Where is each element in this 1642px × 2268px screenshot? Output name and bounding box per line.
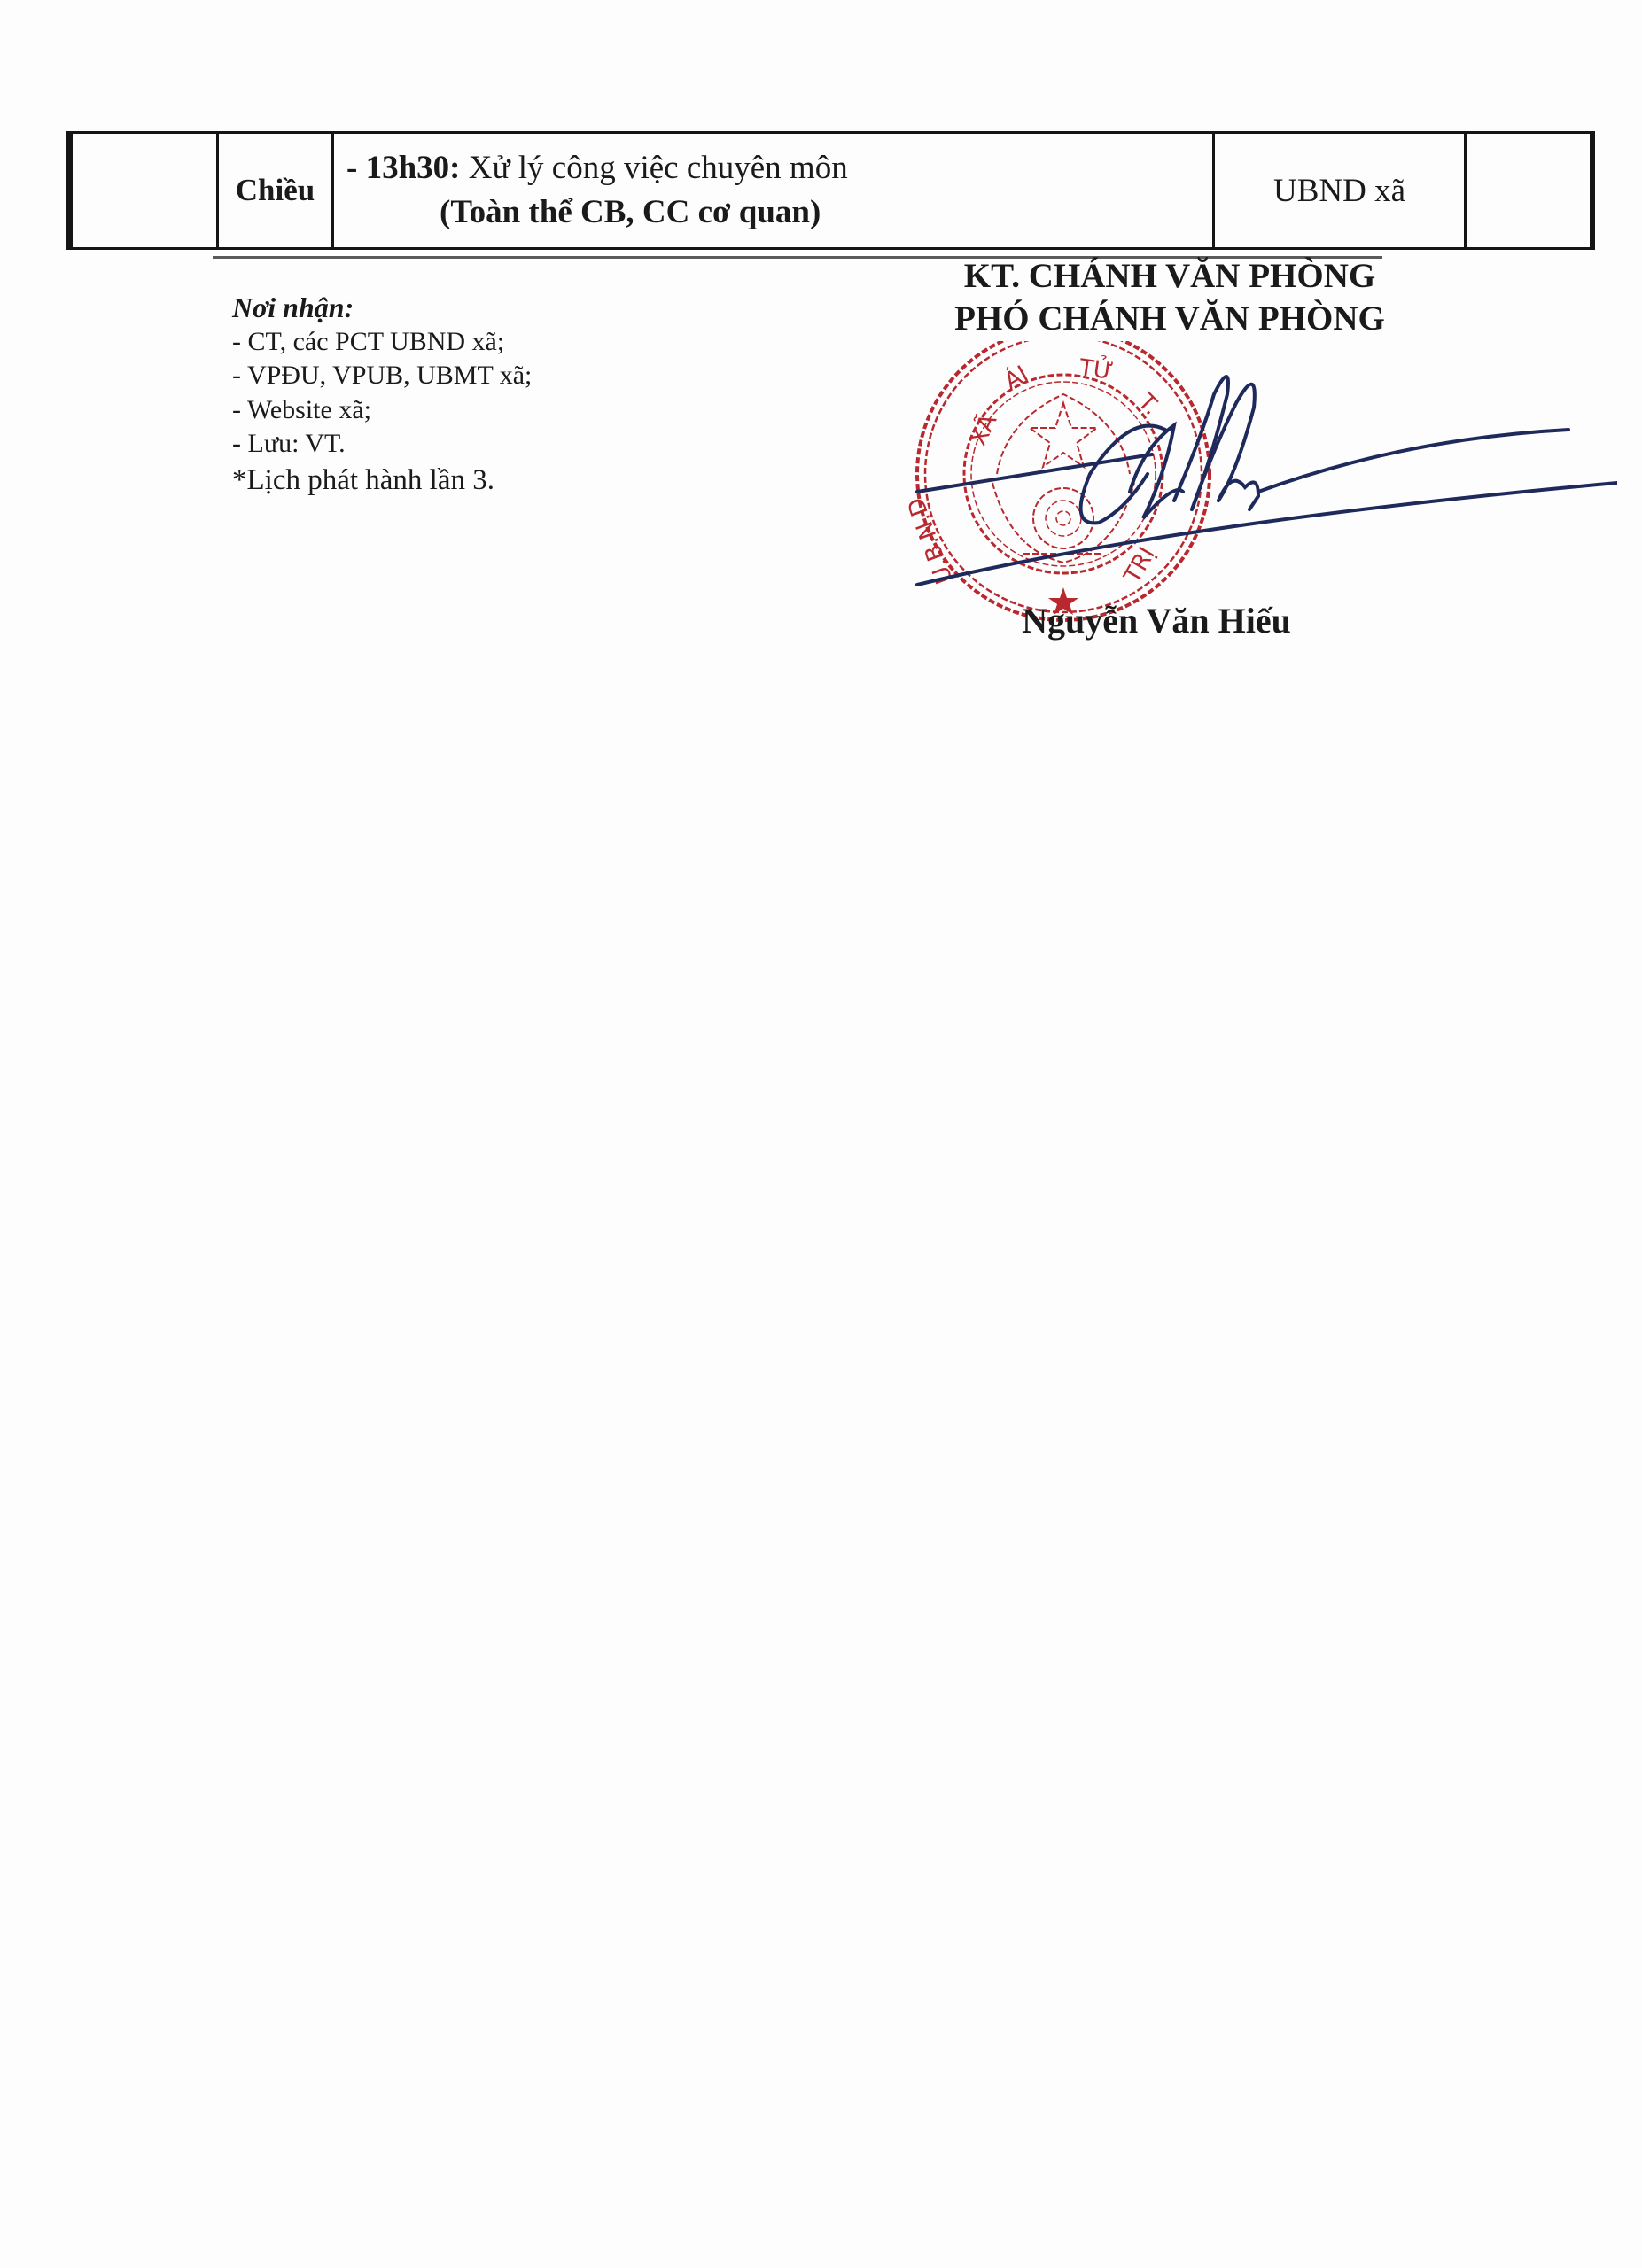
recipient-item: - VPĐU, VPUB, UBMT xã; xyxy=(232,359,532,393)
session-cell: Chiều xyxy=(218,133,333,249)
signature-title-block: KT. CHÁNH VĂN PHÒNG PHÓ CHÁNH VĂN PHÒNG xyxy=(886,255,1453,340)
signature-title-line2: PHÓ CHÁNH VĂN PHÒNG xyxy=(886,298,1453,340)
recipients-heading: Nơi nhận: xyxy=(232,291,532,325)
place-cell: UBND xã xyxy=(1214,133,1466,249)
svg-text:ÁI: ÁI xyxy=(1000,360,1033,395)
signer-name: Nguyễn Văn Hiếu xyxy=(966,600,1347,641)
issue-note: *Lịch phát hành lần 3. xyxy=(232,462,532,499)
recipient-item: - CT, các PCT UBND xã; xyxy=(232,325,532,360)
handwritten-signature-icon xyxy=(917,377,1617,585)
participants-line: (Toàn thể CB, CC cơ quan) xyxy=(346,190,1212,235)
recipient-item: - Lưu: VT. xyxy=(232,427,532,462)
svg-text:TRỊ: TRỊ xyxy=(1119,542,1161,588)
seal-and-signature: XÃ ÁI TỬ T. U.B.N.D TRỊ xyxy=(908,341,1617,633)
recipient-item: - Website xã; xyxy=(232,393,532,428)
activity-line: - 13h30: Xử lý công việc chuyên môn xyxy=(346,146,1212,190)
svg-text:T.: T. xyxy=(1132,388,1164,421)
signature-title-line1: KT. CHÁNH VĂN PHÒNG xyxy=(886,255,1453,298)
activity-time: - 13h30: xyxy=(346,150,460,186)
note-cell xyxy=(1466,133,1593,249)
svg-text:U.B.N.D: U.B.N.D xyxy=(908,494,959,587)
content-cell: - 13h30: Xử lý công việc chuyên môn (Toà… xyxy=(333,133,1214,249)
document-page: Chiều - 13h30: Xử lý công việc chuyên mô… xyxy=(0,0,1642,2268)
svg-text:TỬ: TỬ xyxy=(1077,351,1116,385)
official-seal-icon xyxy=(917,341,1210,620)
table-row: Chiều - 13h30: Xử lý công việc chuyên mô… xyxy=(70,133,1593,249)
schedule-table: Chiều - 13h30: Xử lý công việc chuyên mô… xyxy=(66,131,1595,250)
recipients-block: Nơi nhận: - CT, các PCT UBND xã; - VPĐU,… xyxy=(232,291,532,499)
day-cell xyxy=(70,133,218,249)
activity-text: Xử lý công việc chuyên môn xyxy=(460,150,847,186)
